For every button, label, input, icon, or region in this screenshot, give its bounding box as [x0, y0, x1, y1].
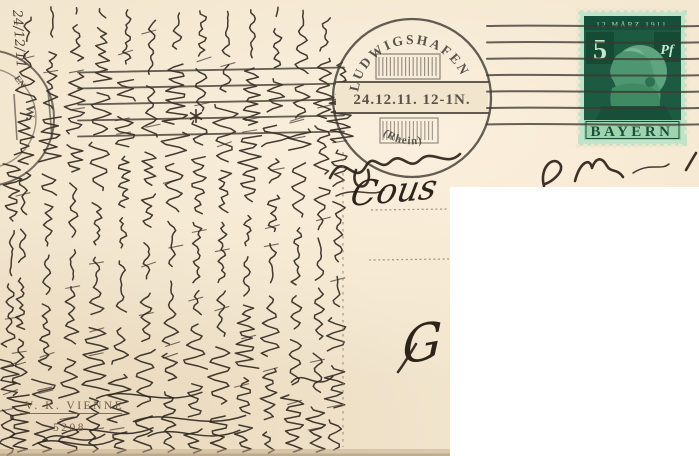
perforation-hole — [685, 51, 690, 56]
handwriting-column — [161, 13, 189, 452]
perforation-hole — [685, 43, 690, 48]
perforation-hole — [598, 144, 603, 149]
fragment-stroke-3 — [633, 164, 669, 173]
portrait-ear — [645, 77, 655, 87]
serial-number: 5208 — [53, 422, 86, 434]
perforation-hole — [663, 144, 668, 149]
stamp-value: 5 — [593, 35, 607, 66]
perforation-hole — [685, 65, 690, 70]
perforation-hole — [671, 8, 676, 13]
handwriting-column — [325, 63, 355, 451]
perforation-hole — [576, 115, 581, 120]
perforation-hole — [627, 8, 632, 13]
publisher-name: V. K. VIENNE — [25, 400, 124, 412]
perforation-hole — [634, 8, 639, 13]
handwriting-column — [281, 10, 311, 452]
perforation-hole — [576, 130, 581, 135]
perforation-hole — [583, 8, 588, 13]
perforation-hole — [663, 8, 668, 13]
perforation-hole — [576, 15, 581, 20]
handwriting-message — [0, 7, 354, 455]
cancel-line — [487, 26, 699, 27]
fragment-stroke-4 — [686, 153, 696, 170]
perforation-hole — [649, 8, 654, 13]
perforation-hole — [678, 144, 683, 149]
handwriting-tick — [66, 286, 80, 288]
perforation-hole — [685, 130, 690, 135]
handwriting-column — [107, 10, 135, 453]
addressee-fragment-strokes — [543, 153, 696, 186]
perforation-hole — [598, 8, 603, 13]
perforation-hole — [605, 8, 610, 13]
perforation-hole — [671, 144, 676, 149]
handwriting-column — [0, 152, 22, 455]
cancel-line — [487, 124, 699, 125]
perforation-hole — [685, 101, 690, 106]
handwriting-column — [306, 10, 334, 452]
perforation-hole — [576, 36, 581, 41]
perforation-hole — [685, 29, 690, 34]
perforation-hole — [576, 8, 581, 13]
handwriting-tick — [243, 130, 257, 132]
perforation-hole — [685, 36, 690, 41]
handwriting-column — [134, 20, 158, 452]
handwriting-tick — [270, 168, 284, 171]
handwriting-column — [82, 9, 112, 452]
perforation-hole — [634, 144, 639, 149]
perforation-hole — [576, 29, 581, 34]
perforation-hole — [612, 8, 617, 13]
handwriting-tick — [197, 57, 211, 62]
handwriting-column — [208, 12, 238, 453]
handwriting-tick — [70, 108, 84, 110]
perforation-hole — [685, 115, 690, 120]
perforation-hole — [590, 144, 595, 149]
cancel-line — [487, 108, 699, 109]
perforation-hole — [576, 43, 581, 48]
perforation-hole — [685, 79, 690, 84]
perforation-hole — [576, 94, 581, 99]
perforation-hole — [576, 65, 581, 70]
perforation-hole — [641, 144, 646, 149]
perforation-hole — [576, 51, 581, 56]
perforation-hole — [612, 144, 617, 149]
hatch-frame — [376, 54, 440, 79]
postmark-circle: 24.12.11. 12-1N. LUDWIGSHAFEN (Rhein) — [333, 19, 491, 177]
perforation-hole — [605, 144, 610, 149]
cancel-line — [78, 84, 344, 89]
star-strokes — [190, 109, 202, 123]
perforation-hole — [583, 144, 588, 149]
address-salutation: Cous — [347, 167, 440, 215]
perforation-hole — [641, 8, 646, 13]
cancel-line — [487, 75, 699, 76]
perforation-hole — [678, 8, 683, 13]
postcard-photo: 24.12.11. 12-1N. LUDWIGSHAFEN (Rhein) 12… — [0, 0, 699, 456]
postmark-date: 24.12.11. 12-1N. — [353, 92, 470, 108]
pencil-date-note: 24/12/11 — [9, 8, 28, 68]
handwriting-column — [260, 7, 289, 453]
perforation-hole — [656, 144, 661, 149]
perforation-hole — [685, 15, 690, 20]
perforation-hole — [685, 87, 690, 92]
address-line-2 — [369, 259, 449, 260]
perforation-hole — [685, 94, 690, 99]
cancel-line — [487, 42, 699, 43]
star-mark — [190, 109, 202, 123]
postcard-art: 24.12.11. 12-1N. LUDWIGSHAFEN (Rhein) 12… — [0, 0, 699, 456]
stamp-currency: Pf — [660, 43, 675, 58]
perforation-hole — [576, 108, 581, 113]
cancel-line — [78, 100, 344, 105]
postmark-hatch-top — [376, 54, 440, 79]
handwriting-tick — [110, 428, 124, 430]
fragment-stroke-2 — [575, 159, 623, 181]
perforation-hole — [619, 8, 624, 13]
handwriting-tick — [119, 50, 133, 55]
address-initial: G — [402, 310, 443, 377]
perforation-hole — [590, 8, 595, 13]
handwriting-tick — [44, 70, 58, 72]
perforation-hole — [576, 144, 581, 149]
perforation-hole — [656, 8, 661, 13]
stamp-commemoration-label: 12 MÄRZ 1911 — [596, 20, 668, 29]
machine-cancel-lines-left — [78, 68, 344, 137]
handwriting-column — [58, 8, 85, 453]
handwriting-tick — [264, 244, 278, 247]
perforation-hole — [627, 144, 632, 149]
perforation-hole — [576, 101, 581, 106]
perforation-hole — [576, 79, 581, 84]
redaction-box — [450, 187, 699, 456]
cancel-line — [487, 91, 699, 92]
postage-stamp: 12 MÄRZ 1911 5 Pf BAYERN — [576, 8, 690, 149]
perforation-hole — [619, 144, 624, 149]
corner-postmark-letter: W. — [23, 105, 38, 120]
handwriting-tick — [265, 225, 279, 229]
cancel-line — [487, 58, 699, 59]
fragment-stroke-1 — [543, 161, 561, 186]
stamp-country-label: BAYERN — [591, 124, 674, 140]
perforation-hole — [649, 144, 654, 149]
